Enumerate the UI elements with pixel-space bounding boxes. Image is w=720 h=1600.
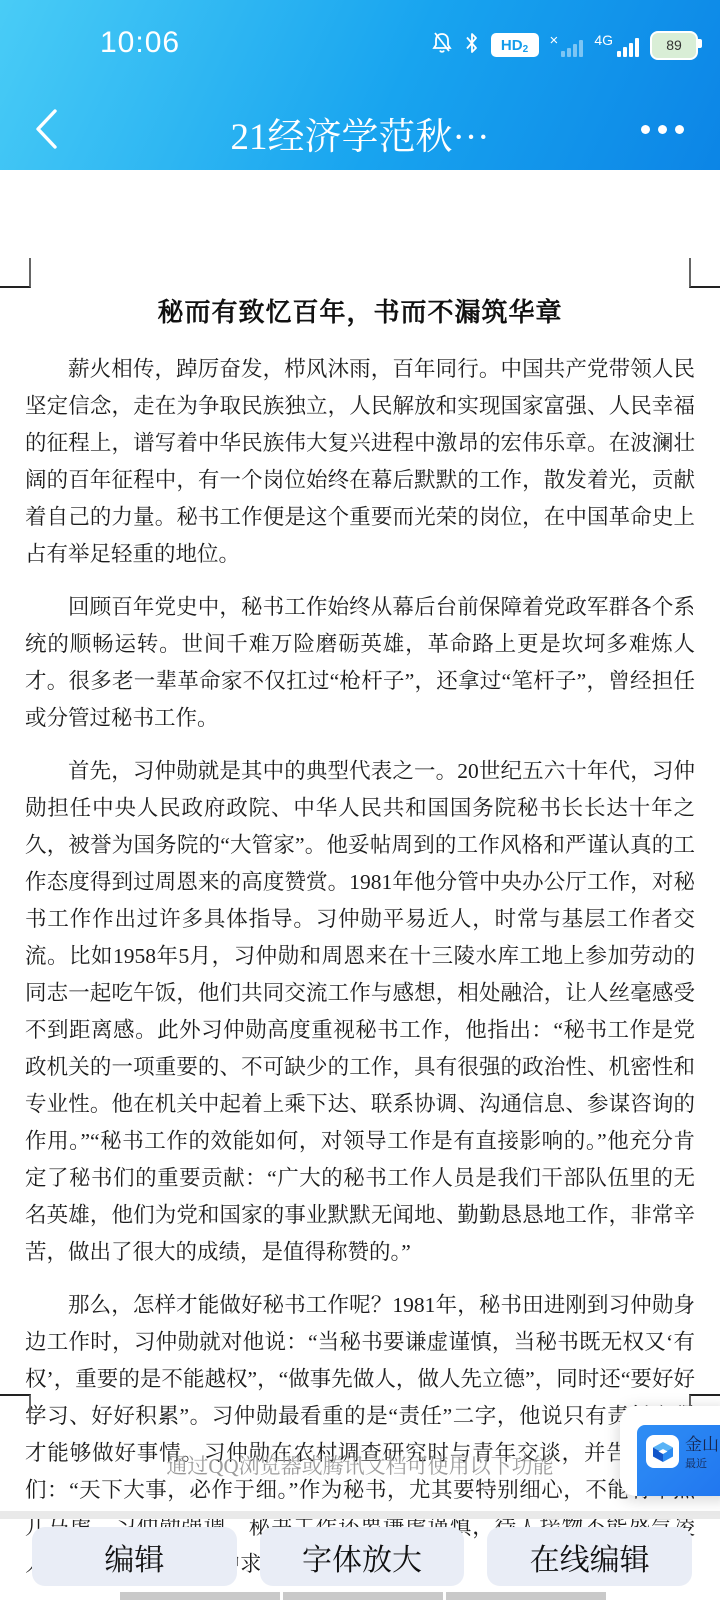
bell-muted-icon (431, 31, 453, 60)
document-page: 秘而有致忆百年，书而不漏筑华章 薪火相传，踔厉奋发，栉风沐雨，百年同行。中国共产… (0, 170, 720, 1583)
nav-bar: 21经济学范秋··· (0, 88, 720, 170)
status-clock: 10:06 (100, 26, 180, 60)
promo-texts: 金山 最近 (685, 1435, 719, 1471)
promo-card[interactable]: 金山 最近 (620, 1406, 720, 1496)
document-paragraph: 回顾百年党史中，秘书工作始终从幕后台前保障着党政军群各个系统的顺畅运转。世间千难… (25, 589, 695, 737)
status-icons: HD2 × 4G 89 (431, 28, 698, 62)
document-viewer[interactable]: 秘而有致忆百年，书而不漏筑华章 薪火相传，踔厉奋发，栉风沐雨，百年同行。中国共产… (0, 170, 720, 1600)
promo-subtitle: 最近 (685, 1458, 719, 1471)
page-title: 21经济学范秋··· (110, 106, 610, 160)
dot-icon (675, 125, 684, 134)
bottom-bar-segments (120, 1592, 606, 1600)
document-paragraph: 薪火相传，踔厉奋发，栉风沐雨，百年同行。中国共产党带领人民坚定信念，走在为争取民… (25, 351, 695, 573)
dot-icon (658, 125, 667, 134)
page-corner-mark-top-right (689, 258, 720, 288)
sim2-signal-icon: 4G (594, 33, 639, 57)
top-blue-bar: 10:06 HD2 × (0, 0, 720, 170)
edit-button[interactable]: 编辑 (32, 1527, 237, 1586)
chevron-left-icon (33, 107, 59, 151)
footer-divider (0, 1511, 720, 1519)
back-button[interactable] (24, 104, 68, 154)
status-bar: 10:06 HD2 × (0, 0, 720, 88)
sim1-signal-icon: × (550, 33, 584, 57)
page-corner-mark-top-left (0, 258, 31, 288)
font-zoom-button[interactable]: 字体放大 (260, 1527, 465, 1586)
screen: 10:06 HD2 × (0, 0, 720, 1600)
more-options-button[interactable] (630, 114, 694, 144)
document-title: 秘而有致忆百年，书而不漏筑华章 (25, 292, 695, 329)
document-paragraph: 首先，习仲勋就是其中的典型代表之一。20世纪五六十年代，习仲勋担任中央人民政府政… (25, 753, 695, 1271)
hd-volte-badge: HD2 (491, 33, 539, 57)
page-corner-mark-bottom-left (0, 1394, 31, 1424)
promo-banner: 金山 最近 (637, 1425, 720, 1496)
kingsoft-docs-logo-icon (646, 1435, 679, 1468)
battery-icon: 89 (650, 31, 698, 60)
footer-hint-text: 通过QQ浏览器或腾讯文档可使用以下功能 (0, 1450, 720, 1480)
bluetooth-icon (464, 31, 480, 60)
promo-title: 金山 (685, 1435, 719, 1454)
footer-button-row: 编辑 字体放大 在线编辑 (32, 1527, 692, 1586)
online-edit-button[interactable]: 在线编辑 (487, 1527, 692, 1586)
dot-icon (641, 125, 650, 134)
